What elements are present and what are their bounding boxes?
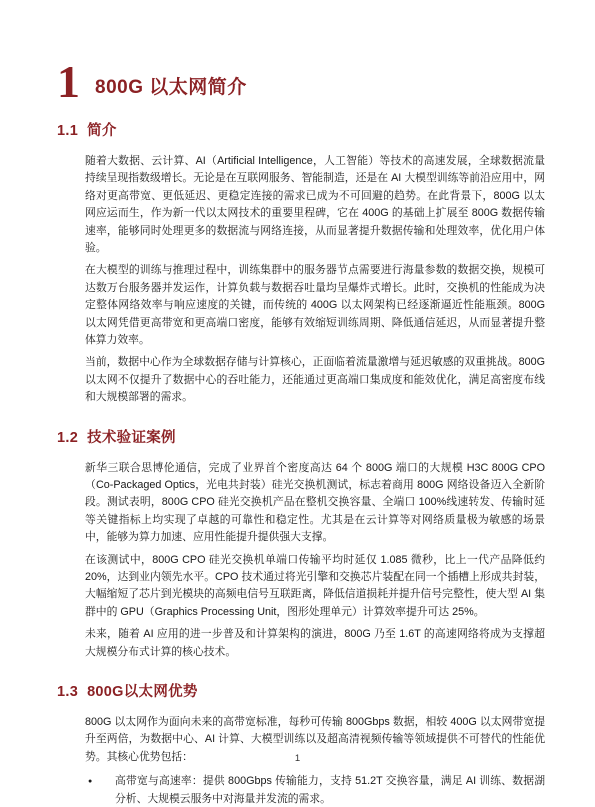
- chapter-number: 1: [57, 64, 80, 100]
- paragraph: 新华三联合思博伦通信，完成了业界首个密度高达 64 个 800G 端口的大规模 …: [85, 460, 545, 547]
- section-number: 1.2: [57, 430, 78, 446]
- document-page: 1 800G 以太网简介 1.1简介 随着大数据、云计算、AI（Artifici…: [0, 0, 595, 807]
- section-intro: 1.1简介 随着大数据、云计算、AI（Artificial Intelligen…: [57, 119, 545, 407]
- page-content: 1 800G 以太网简介 1.1简介 随着大数据、云计算、AI（Artifici…: [0, 0, 595, 807]
- section-advantages: 1.3800G以太网优势 800G 以太网作为面向未来的高带宽标准，每秒可传输 …: [57, 680, 545, 807]
- section-number: 1.3: [57, 684, 78, 700]
- paragraph: 未来，随着 AI 应用的进一步普及和计算架构的演进，800G 乃至 1.6T 的…: [85, 626, 545, 661]
- paragraph: 在该测试中，800G CPO 硅光交换机单端口传输平均时延仅 1.085 微秒，…: [85, 552, 545, 622]
- section-validation-case: 1.2技术验证案例 新华三联合思博伦通信，完成了业界首个密度高达 64 个 80…: [57, 426, 545, 661]
- page-number: 1: [0, 753, 595, 764]
- bullet-text: 高带宽与高速率：提供 800Gbps 传输能力，支持 51.2T 交换容量，满足…: [115, 773, 545, 807]
- list-item: ● 高带宽与高速率：提供 800Gbps 传输能力，支持 51.2T 交换容量，…: [85, 773, 545, 807]
- section-body: 随着大数据、云计算、AI（Artificial Intelligence，人工智…: [85, 153, 545, 407]
- bullet-list: ● 高带宽与高速率：提供 800Gbps 传输能力，支持 51.2T 交换容量，…: [85, 773, 545, 807]
- paragraph: 当前，数据中心作为全球数据存储与计算核心，正面临着流量激增与延迟敏感的双重挑战。…: [85, 354, 545, 406]
- section-title: 技术验证案例: [87, 430, 176, 446]
- chapter-title: 800G 以太网简介: [95, 72, 247, 100]
- section-body: 新华三联合思博伦通信，完成了业界首个密度高达 64 个 800G 端口的大规模 …: [85, 460, 545, 661]
- paragraph: 随着大数据、云计算、AI（Artificial Intelligence，人工智…: [85, 153, 545, 257]
- section-heading-1-2: 1.2技术验证案例: [57, 426, 545, 447]
- paragraph: 在大模型的训练与推理过程中，训练集群中的服务器节点需要进行海量参数的数据交换，规…: [85, 262, 545, 349]
- section-number: 1.1: [57, 123, 78, 139]
- chapter-heading: 1 800G 以太网简介: [57, 64, 545, 100]
- section-title: 800G以太网优势: [87, 684, 198, 700]
- section-heading-1-1: 1.1简介: [57, 119, 545, 140]
- section-title: 简介: [87, 123, 117, 139]
- bullet-icon: ●: [85, 773, 115, 807]
- section-heading-1-3: 1.3800G以太网优势: [57, 680, 545, 701]
